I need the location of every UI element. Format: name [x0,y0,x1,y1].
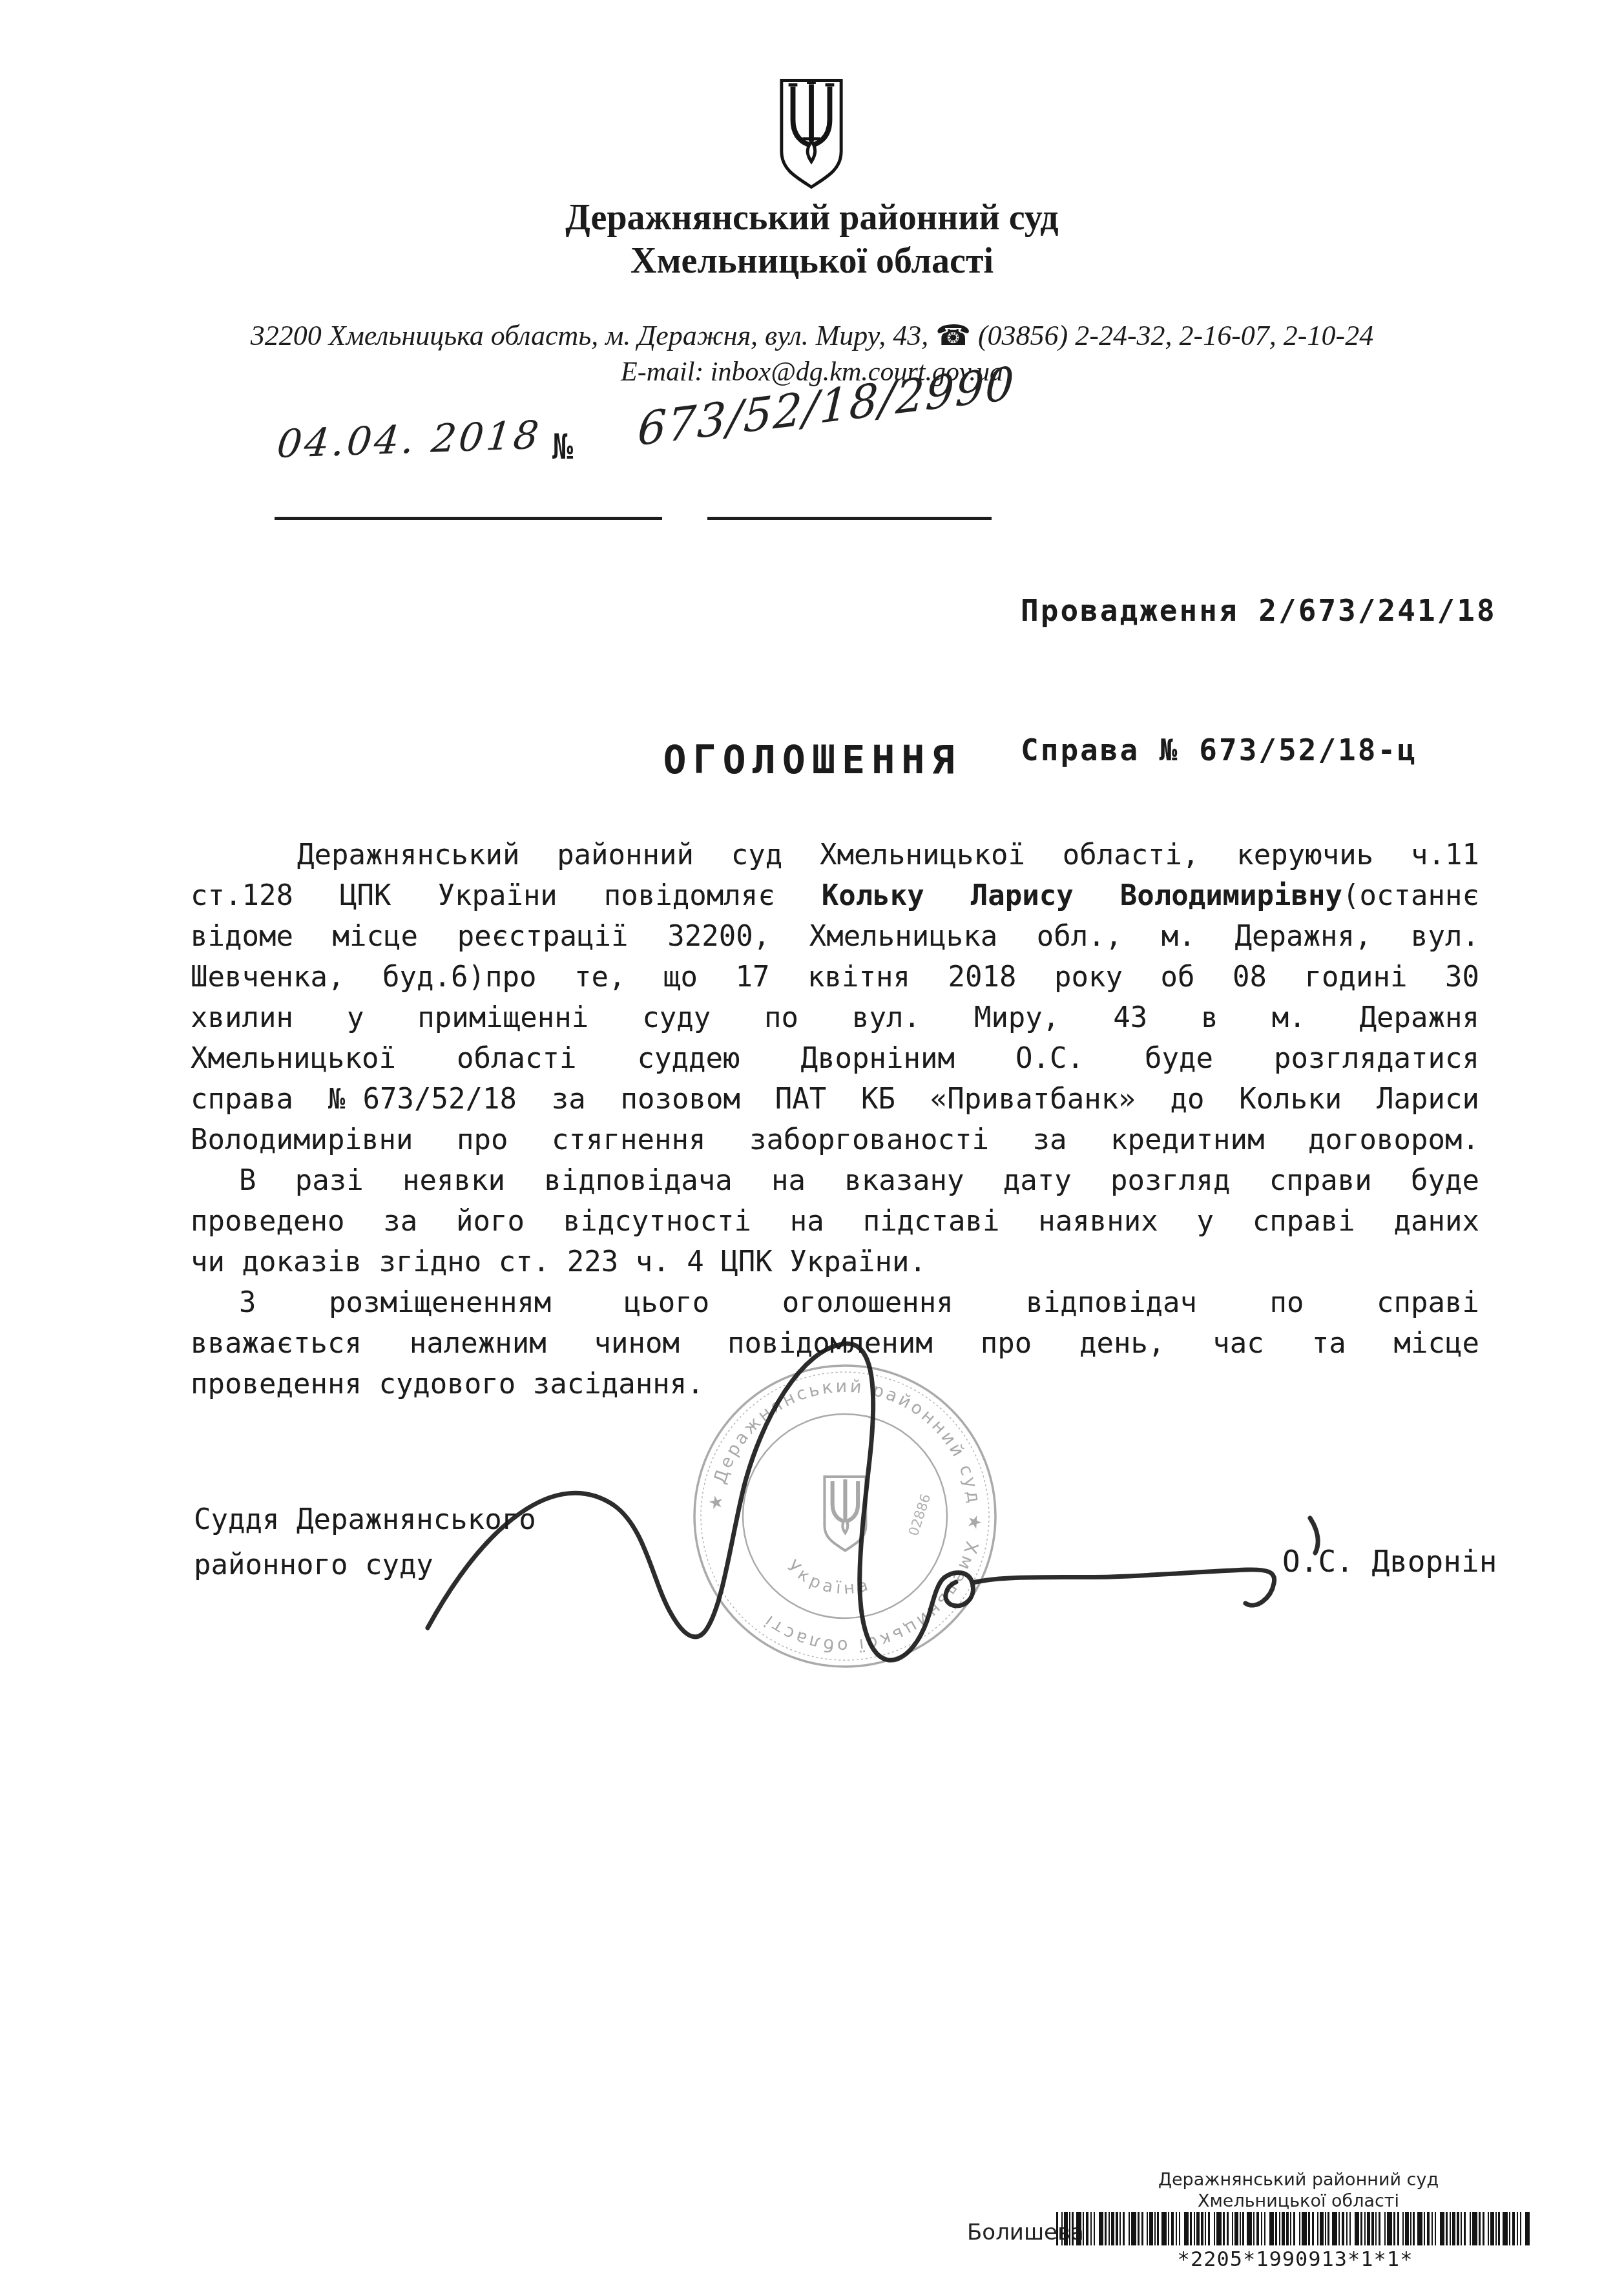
body-line: відоме місце реєстрації 32200, Хмельниць… [191,916,1479,957]
phone-icon: ☎ [935,319,971,352]
document-title: ОГОЛОШЕННЯ [0,738,1624,783]
judge-title-line1: Суддя Деражнянського [194,1497,536,1543]
body-line: Деражнянський районний суд Хмельницької … [191,835,1479,875]
barcode-number: *2205*1990913*1*1* [1056,2247,1534,2271]
number-sign: № [552,426,574,467]
address-line: 32200 Хмельницька область, м. Деражня, в… [0,319,1624,352]
barcode [1056,2212,1534,2245]
signature-left-label: Суддя Деражнянського районного суду [194,1497,536,1588]
phone-numbers: (03856) 2-24-32, 2-16-07, 2-10-24 [978,320,1373,351]
judge-title-line2: районного суду [194,1543,536,1588]
scanned-court-document: Деражнянський районний суд Хмельницької … [0,0,1624,2290]
body-line: Хмельницької області суддею Дворніним О.… [191,1038,1479,1079]
footer-court-line2: Хмельницької області [1098,2191,1499,2212]
body-line: проведено за його відсутності на підстав… [191,1201,1479,1242]
defendant-name: Кольку Ларису Володимирівну [822,879,1342,912]
body-text: (останнє [1342,879,1479,912]
body-line: Володимирівни про стягнення заборгованос… [191,1119,1479,1160]
address-text: 32200 Хмельницька область, м. Деражня, в… [251,320,928,351]
body-line: чи доказів згідно ст. 223 ч. 4 ЦПК Украї… [191,1242,1479,1282]
case-info-block: Провадження 2/673/241/18 Справа № 673/52… [1021,494,1497,866]
number-underline [707,517,992,520]
body-line: Шевченка, буд.6)про те, що 17 квітня 201… [191,957,1479,997]
court-name-line1: Деражнянський районний суд [0,197,1624,238]
ukraine-trident-icon [776,76,846,193]
body-line: хвилин у приміщенні суду по вул. Миру, 4… [191,997,1479,1038]
body-line: З розміщененням цього оголошення відпові… [191,1282,1479,1323]
date-underline [275,517,662,520]
judge-name: О.С. Дворнін [1282,1539,1497,1584]
body-line: справа №673/52/18 за позовом ПАТ КБ «При… [191,1079,1479,1119]
footer-court-line1: Деражнянський районний суд [1098,2169,1499,2191]
footer-court-name: Деражнянський районний суд Хмельницької … [1098,2169,1499,2212]
court-name-line2: Хмельницької області [0,240,1624,282]
body-text: ст.128 ЦПК України повідомляє [191,879,822,912]
body-line: ст.128 ЦПК України повідомляє Кольку Лар… [191,875,1479,916]
body-line: В разі неявки відповідача на вказану дат… [191,1160,1479,1201]
handwritten-date: 04.04. 2018 [275,413,543,467]
proceeding-number: Провадження 2/673/241/18 [1021,587,1497,634]
